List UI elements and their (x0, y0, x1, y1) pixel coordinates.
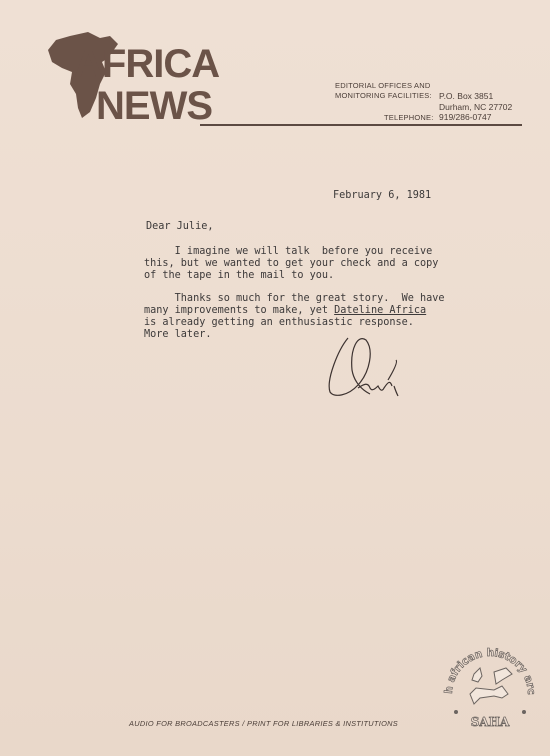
logo-word-news: NEWS (96, 84, 212, 129)
saha-archive-stamp: south african history archive SAHA (436, 634, 544, 742)
figure-icon-2 (494, 668, 512, 684)
letterhead-rule (200, 124, 522, 126)
paragraph-2-line-4: More later. (144, 329, 211, 341)
salutation: Dear Julie, (146, 221, 213, 233)
letter-date: February 6, 1981 (333, 190, 431, 202)
address-line-1: P.O. Box 3851 (439, 91, 493, 101)
program-title-dateline-africa: Dateline Africa (334, 305, 426, 316)
paragraph-2-line-3: is already getting an enthusiastic respo… (144, 317, 414, 329)
logo-word-africa: AFRICA (74, 42, 219, 87)
address-line-2: Durham, NC 27702 (439, 102, 512, 112)
figure-icon (472, 668, 482, 682)
telephone-number: 919/286-0747 (439, 112, 491, 122)
footer-tagline: Audio for Broadcasters / Print for Libra… (129, 719, 398, 728)
paragraph-1-line-2: this, but we wanted to get your check an… (144, 258, 438, 270)
telephone-label: Telephone: (384, 113, 434, 122)
paragraph-2-line-1: Thanks so much for the great story. We h… (144, 293, 445, 305)
svg-text:south african history archive: south african history archive (436, 634, 537, 695)
paragraph-2-line-2-text: many improvements to make, yet (144, 305, 334, 316)
stamp-initials: SAHA (471, 715, 510, 729)
paragraph-1-line-3: of the tape in the mail to you. (144, 270, 334, 282)
letter-page: AFRICA NEWS Editorial Offices and Monito… (0, 0, 550, 756)
signature (318, 330, 408, 405)
stamp-arc-text: south african history archive (436, 634, 537, 695)
paragraph-2-line-2: many improvements to make, yet Dateline … (144, 305, 426, 317)
offices-label-1: Editorial Offices and (335, 81, 430, 90)
offices-label-2: Monitoring Facilities: (335, 91, 432, 100)
africa-news-logo: AFRICA NEWS (48, 28, 238, 123)
paragraph-1-line-1: I imagine we will talk before you receiv… (144, 246, 432, 258)
antelope-icon (470, 686, 508, 704)
